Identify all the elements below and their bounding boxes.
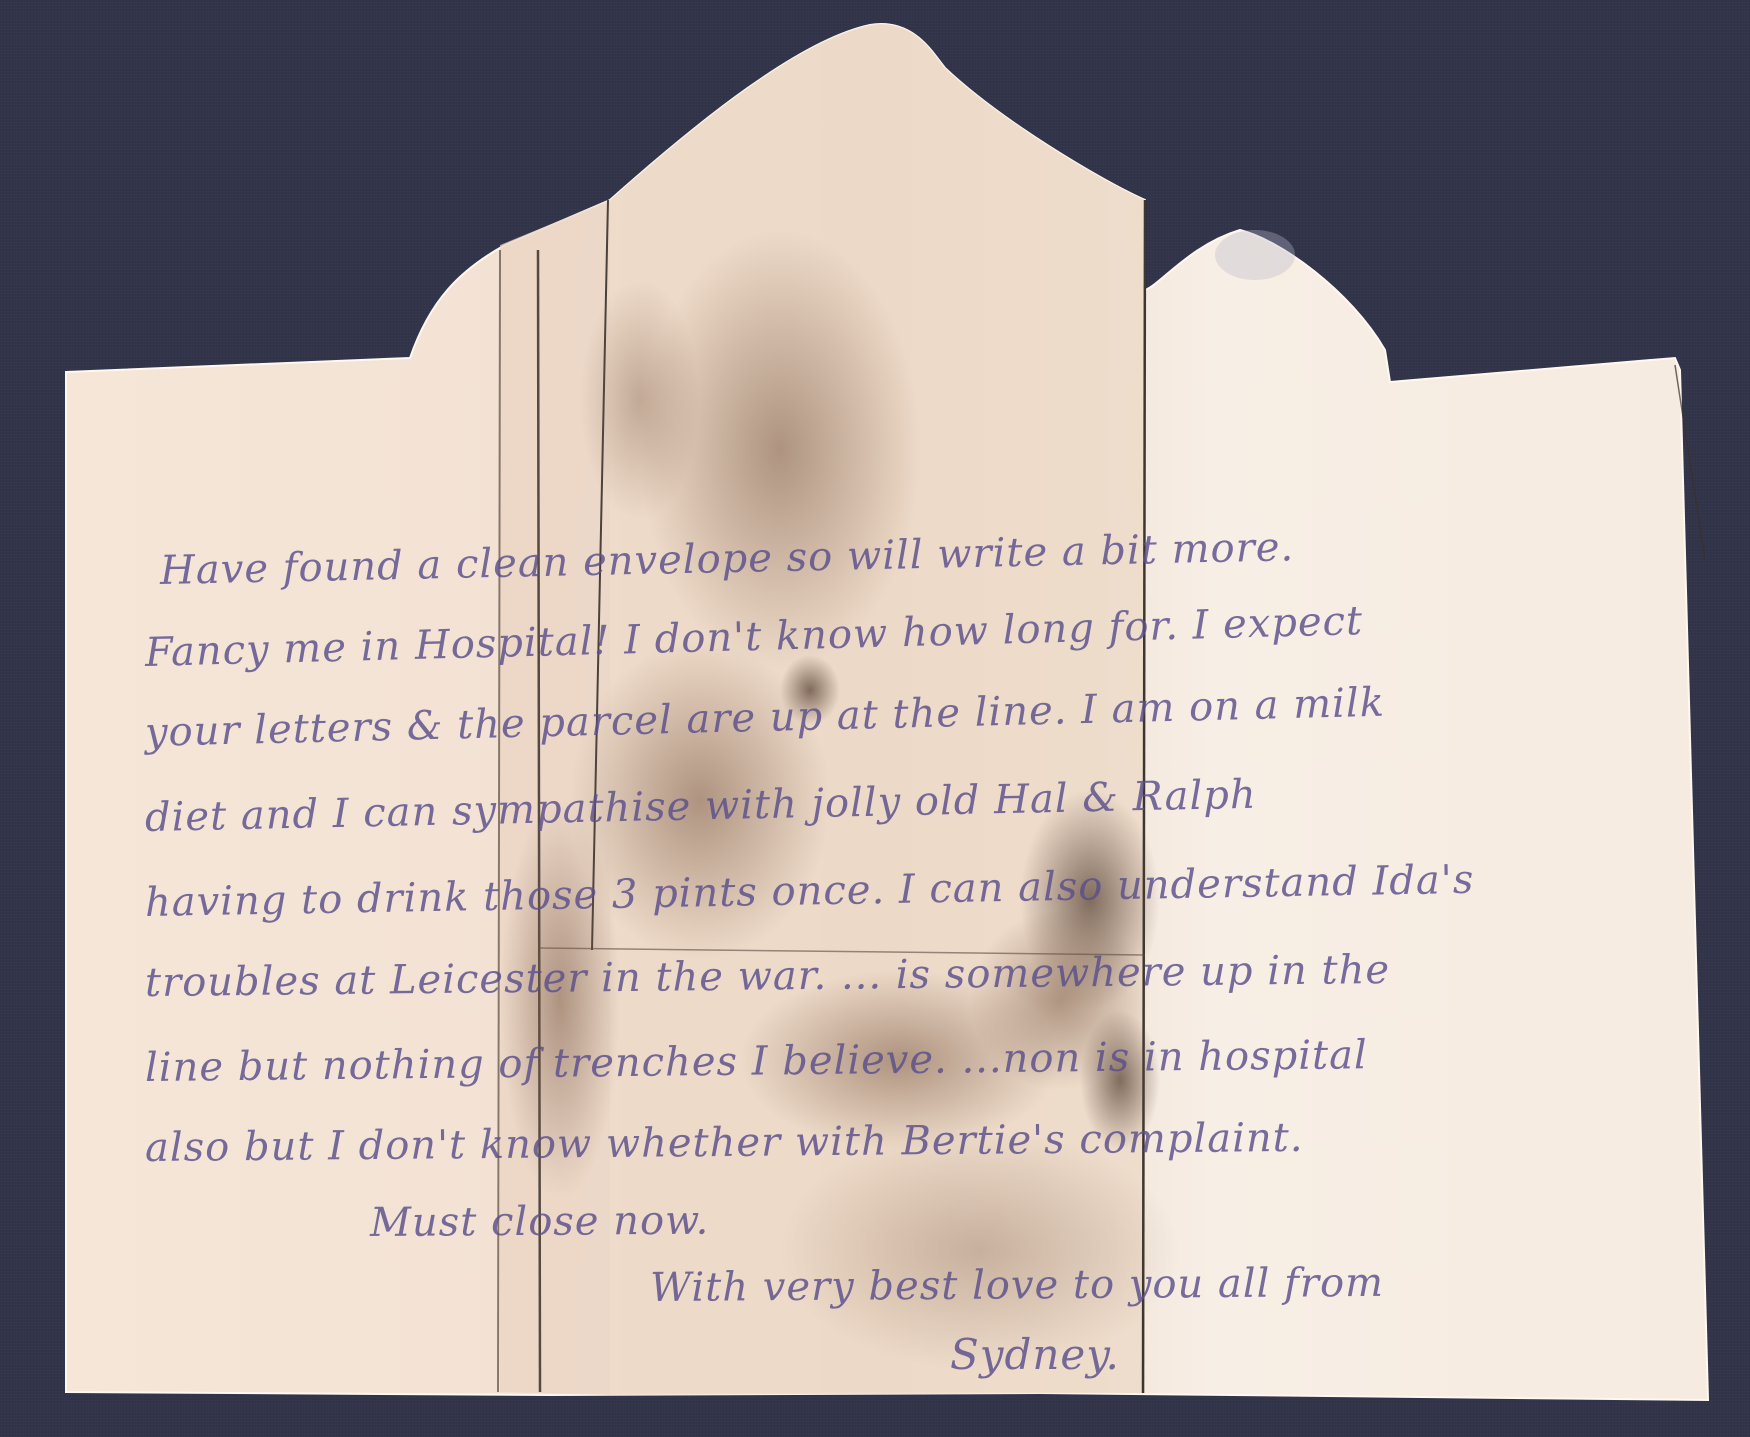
letter-paper: [0, 0, 1750, 1437]
